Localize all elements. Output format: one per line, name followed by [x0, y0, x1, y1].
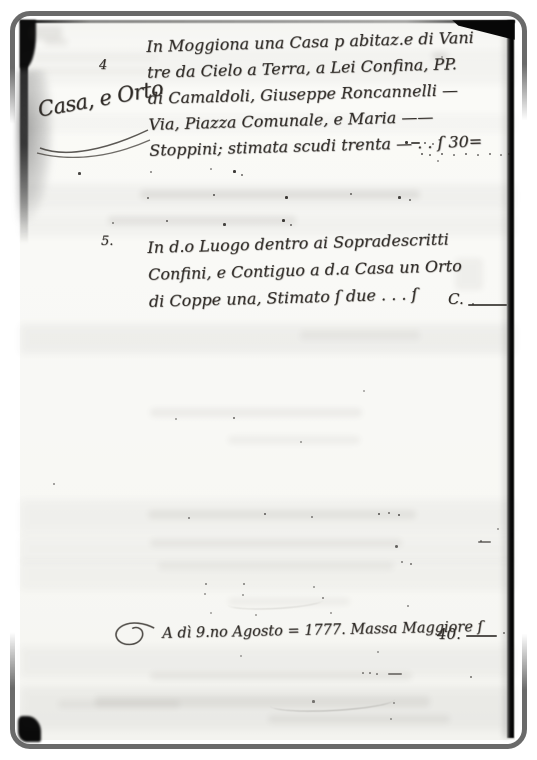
footer-amount: 40.	[437, 625, 461, 643]
page-edge-right	[507, 20, 514, 738]
entry-5-number: 5.	[101, 234, 113, 249]
footer-date-text: A dì 9.no Agosto = 1777. Massa Maggiore …	[162, 619, 483, 642]
entry-5-amount: C.	[448, 290, 464, 308]
entry-4-text: In Moggiona una Casa p abitaz.e di Vani …	[146, 25, 483, 164]
footer-flourish	[110, 619, 157, 650]
entry-5-text: In d.o Luogo dentro ai Sopradescritti Co…	[147, 225, 463, 315]
entry-4-number: 4	[99, 58, 107, 73]
frame-fade-right	[518, 64, 532, 690]
page-edge-top	[20, 20, 515, 23]
manuscript-viewer: Casa, e Orto 4 In Moggiona una Casa p ab…	[0, 0, 537, 760]
margin-swash-flourish	[34, 124, 156, 158]
